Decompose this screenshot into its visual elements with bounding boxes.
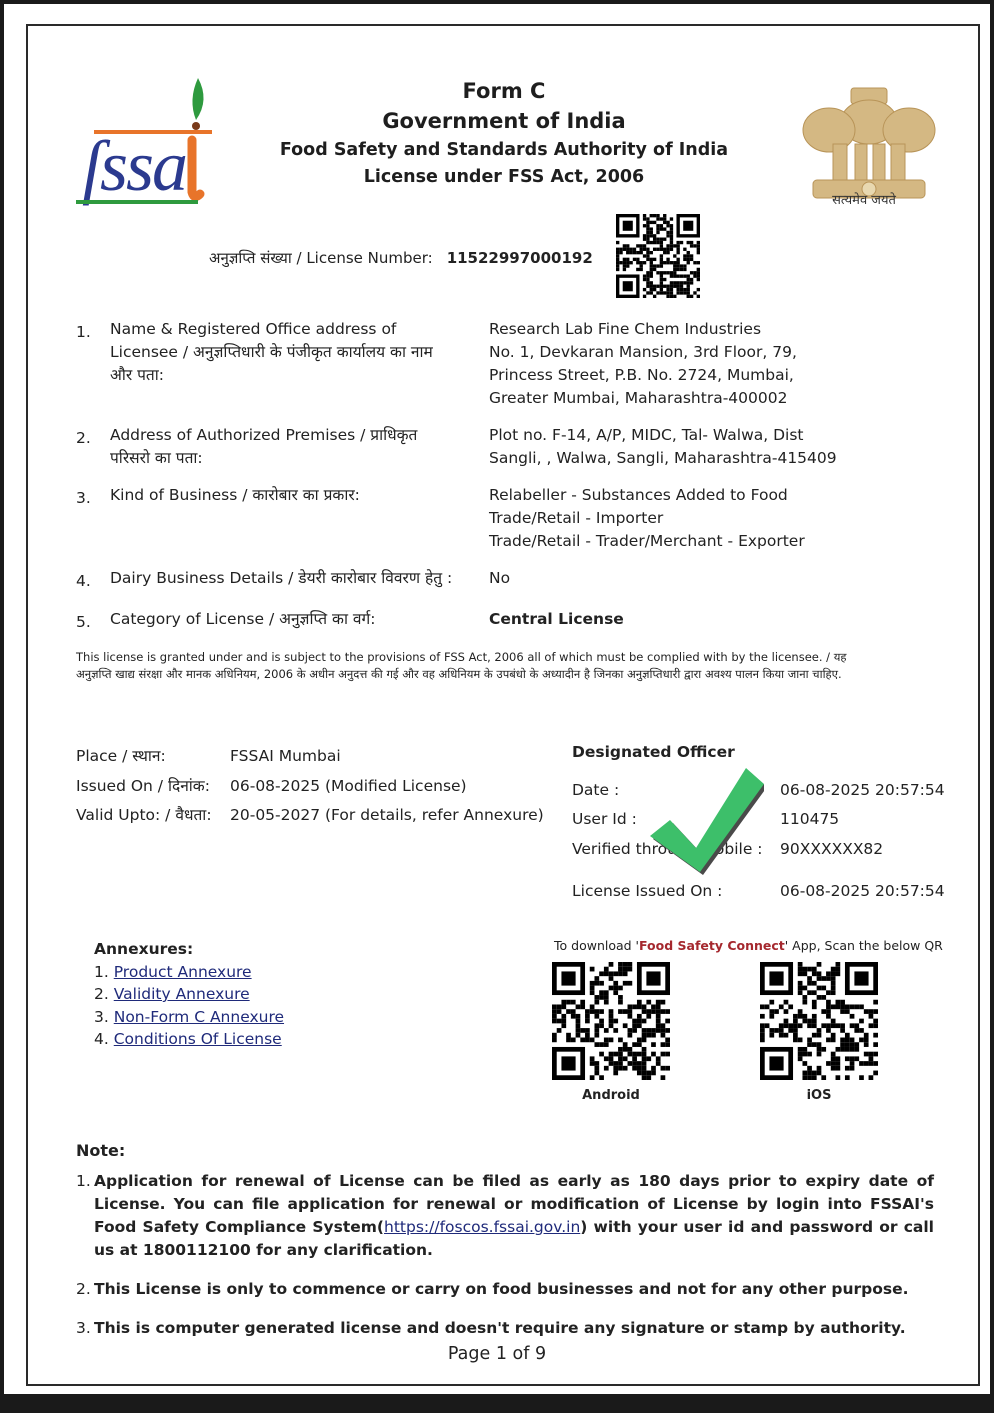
detail-value: Relabeller - Substances Added to FoodTra… xyxy=(489,484,869,553)
detail-label: Name & Registered Office address of Lice… xyxy=(110,318,455,387)
annexure-item: 2. Validity Annexure xyxy=(94,983,284,1006)
page-number: Page 1 of 9 xyxy=(4,1344,990,1364)
detail-number: 5. xyxy=(76,611,106,634)
detail-label: Address of Authorized Premises / प्राधिक… xyxy=(110,424,455,470)
government-title: Government of India xyxy=(254,106,754,136)
place-label: Place / स्थान: xyxy=(76,742,230,772)
annexure-item: 1. Product Annexure xyxy=(94,961,284,984)
act-title: License under FSS Act, 2006 xyxy=(254,164,754,191)
title-block: Form C Government of India Food Safety a… xyxy=(254,76,754,191)
annexure-link[interactable]: Conditions Of License xyxy=(114,1030,282,1048)
issued-label: Issued On / दिनांक: xyxy=(76,772,230,802)
authority-title: Food Safety and Standards Authority of I… xyxy=(254,136,754,164)
detail-number: 4. xyxy=(76,570,106,593)
detail-value: Central License xyxy=(489,608,869,631)
note-title: Note: xyxy=(76,1141,125,1160)
detail-label: Kind of Business / कारोबार का प्रकार: xyxy=(110,484,455,507)
officer-title: Designated Officer xyxy=(572,743,735,761)
valid-label: Valid Upto: / वैधता: xyxy=(76,801,230,831)
detail-value: No xyxy=(489,567,869,590)
issue-details: Place / स्थान:FSSAI Mumbai Issued On / द… xyxy=(76,742,544,831)
annexure-link[interactable]: Non-Form C Annexure xyxy=(114,1008,284,1026)
app-download-caption: To download 'Food Safety Connect' App, S… xyxy=(554,938,943,953)
ios-qr-code[interactable] xyxy=(760,962,878,1080)
app-name: Food Safety Connect xyxy=(639,938,785,953)
compliance-statement: This license is granted under and is sub… xyxy=(76,649,856,682)
license-number-value: 11522997000192 xyxy=(447,249,593,267)
detail-label: Dairy Business Details / डेयरी कारोबार व… xyxy=(110,567,455,590)
note-item: 1. Application for renewal of License ca… xyxy=(76,1170,934,1262)
ios-label: iOS xyxy=(760,1088,878,1103)
valid-value: 20-05-2027 (For details, refer Annexure) xyxy=(230,806,544,824)
detail-number: 2. xyxy=(76,427,106,450)
document-page: ſssa Form C Government of India Food Saf… xyxy=(4,4,990,1394)
detail-number: 3. xyxy=(76,487,106,510)
annexures-list: Annexures: 1. Product Annexure2. Validit… xyxy=(94,938,284,1051)
annexures-title: Annexures: xyxy=(94,938,284,961)
license-qr-code[interactable] xyxy=(616,214,700,298)
fssai-logo: ſssa xyxy=(74,70,214,210)
annexure-link[interactable]: Validity Annexure xyxy=(114,985,250,1003)
license-number-row: अनुज्ञप्ति संख्या / License Number:11522… xyxy=(209,248,593,268)
issued-value: 06-08-2025 (Modified License) xyxy=(230,777,467,795)
annexure-item: 3. Non-Form C Annexure xyxy=(94,1006,284,1029)
verified-checkmark-icon xyxy=(644,764,764,876)
form-title: Form C xyxy=(254,76,754,106)
detail-value: Plot no. F-14, A/P, MIDC, Tal- Walwa, Di… xyxy=(489,424,869,470)
annexure-link[interactable]: Product Annexure xyxy=(114,963,252,981)
note-item: 2. This License is only to commence or c… xyxy=(76,1278,934,1301)
android-qr-code[interactable] xyxy=(552,962,670,1080)
svg-text:ſssa: ſssa xyxy=(82,126,186,206)
note-item: 3. This is computer generated license an… xyxy=(76,1317,934,1340)
detail-label: Category of License / अनुज्ञप्ति का वर्ग… xyxy=(110,608,455,631)
foscos-link[interactable]: https://foscos.fssai.gov.in xyxy=(384,1218,580,1236)
detail-number: 1. xyxy=(76,321,106,344)
detail-value: Research Lab Fine Chem IndustriesNo. 1, … xyxy=(489,318,869,410)
android-label: Android xyxy=(552,1088,670,1103)
annexure-item: 4. Conditions Of License xyxy=(94,1028,284,1051)
place-value: FSSAI Mumbai xyxy=(230,747,341,765)
emblem-motto: सत्यमेव जयते xyxy=(799,190,929,208)
license-number-label: अनुज्ञप्ति संख्या / License Number: xyxy=(209,249,433,267)
